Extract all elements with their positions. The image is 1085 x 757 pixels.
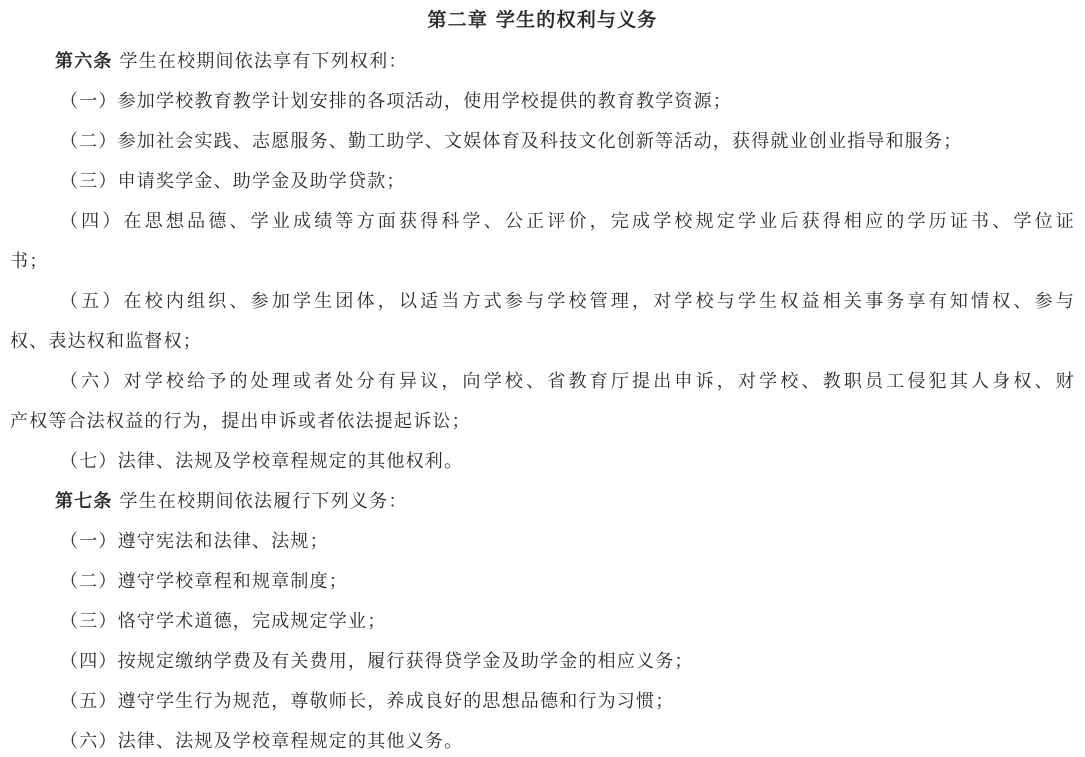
article-6-item-3: （三）申请奖学金、助学金及助学贷款； xyxy=(0,170,1085,194)
article-6-heading: 第六条 xyxy=(55,51,113,72)
article-6-item-5-cont: 权、表达权和监督权； xyxy=(0,330,1085,354)
article-7-lead: 学生在校期间依法履行下列义务： xyxy=(113,491,408,512)
article-7-item-4: （四）按规定缴纳学费及有关费用，履行获得贷学金及助学金的相应义务； xyxy=(0,650,1085,674)
article-7-item-6: （六）法律、法规及学校章程规定的其他义务。 xyxy=(0,730,1085,754)
article-7-item-5: （五）遵守学生行为规范，尊敬师长，养成良好的思想品德和行为习惯； xyxy=(0,690,1085,714)
article-6-item-5: （五）在校内组织、参加学生团体，以适当方式参与学校管理，对学校与学生权益相关事务… xyxy=(0,290,1085,314)
chapter-title: 第二章 学生的权利与义务 xyxy=(0,8,1085,32)
article-6-lead: 学生在校期间依法享有下列权利： xyxy=(113,51,408,72)
article-6-item-6: （六）对学校给予的处理或者处分有异议，向学校、省教育厅提出申诉，对学校、教职员工… xyxy=(0,370,1085,394)
article-6-item-7: （七）法律、法规及学校章程规定的其他权利。 xyxy=(0,450,1085,474)
article-6-item-4-cont: 书； xyxy=(0,250,1085,274)
article-7-item-3: （三）恪守学术道德，完成规定学业； xyxy=(0,610,1085,634)
article-6-item-6-cont: 产权等合法权益的行为，提出申诉或者依法提起诉讼； xyxy=(0,410,1085,434)
article-6: 第六条 学生在校期间依法享有下列权利： xyxy=(0,50,1085,74)
article-7-item-1: （一）遵守宪法和法律、法规； xyxy=(0,530,1085,554)
article-6-item-1: （一）参加学校教育教学计划安排的各项活动，使用学校提供的教育教学资源； xyxy=(0,90,1085,114)
article-6-item-2: （二）参加社会实践、志愿服务、勤工助学、文娱体育及科技文化创新等活动，获得就业创… xyxy=(0,130,1085,154)
article-7: 第七条 学生在校期间依法履行下列义务： xyxy=(0,490,1085,514)
article-6-item-4: （四）在思想品德、学业成绩等方面获得科学、公正评价，完成学校规定学业后获得相应的… xyxy=(0,210,1085,234)
article-7-item-2: （二）遵守学校章程和规章制度； xyxy=(0,570,1085,594)
article-7-heading: 第七条 xyxy=(55,491,113,512)
